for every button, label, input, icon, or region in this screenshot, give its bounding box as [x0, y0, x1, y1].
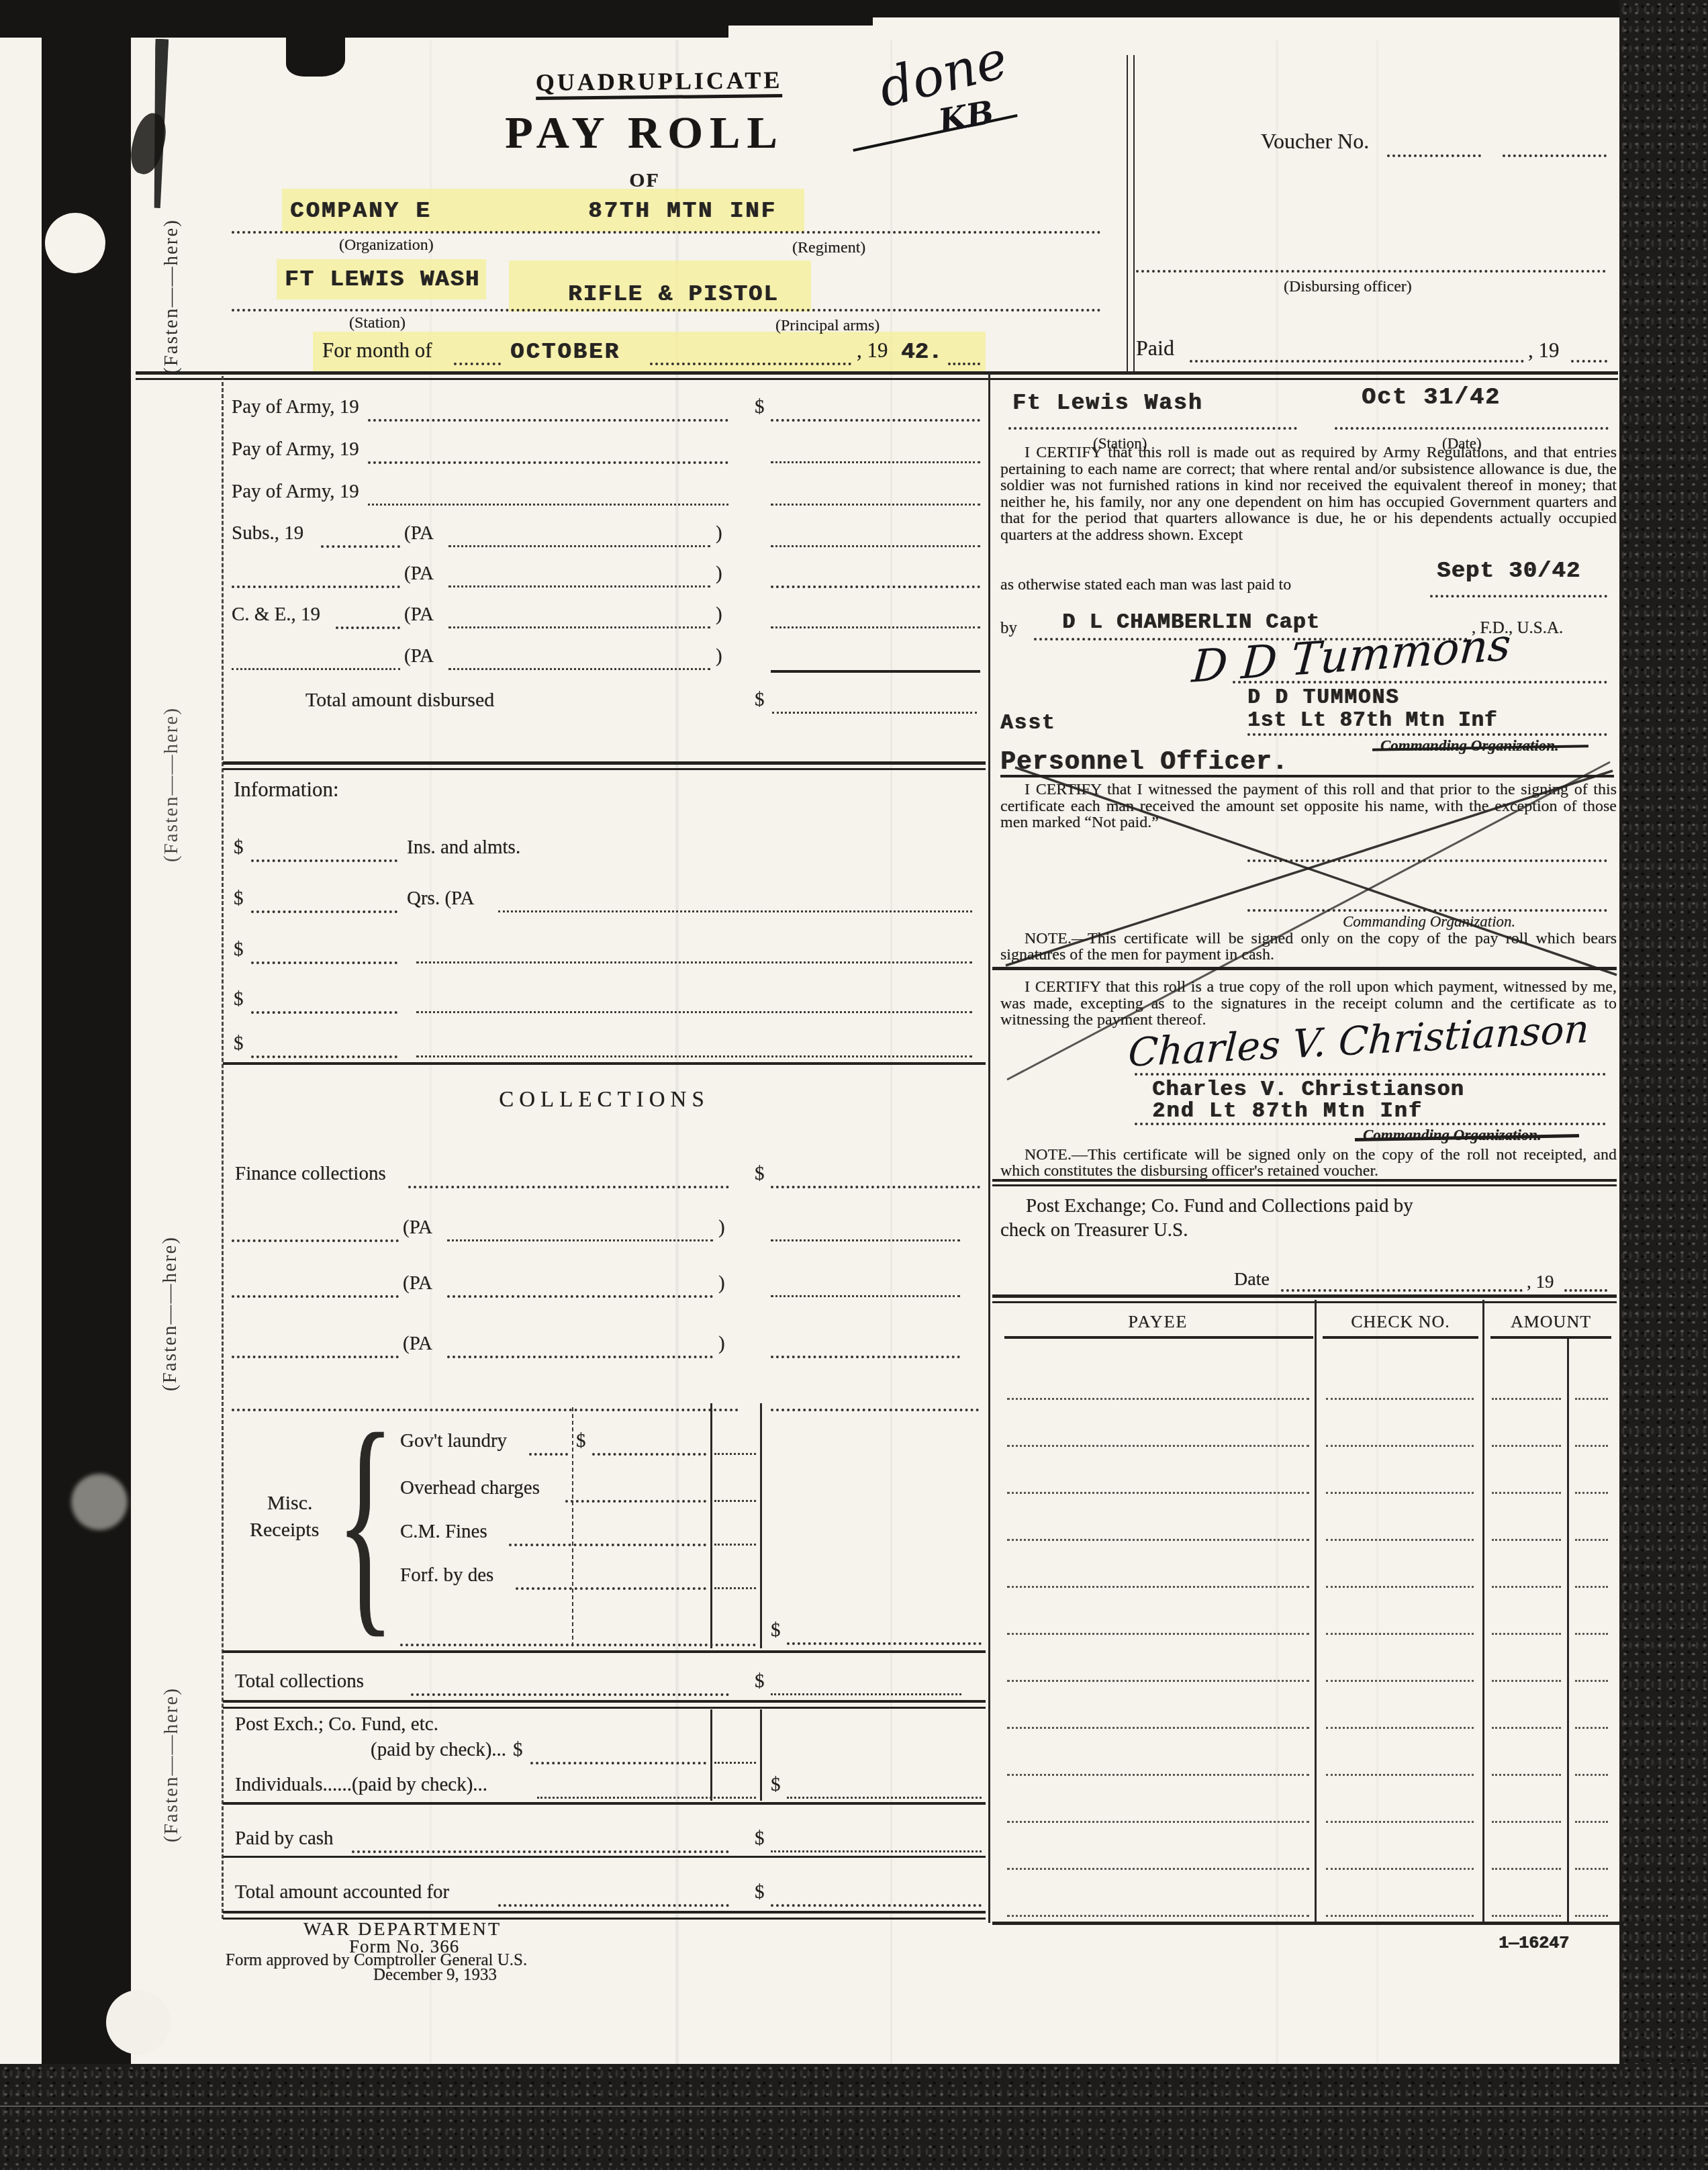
- year-prefix: , 19: [857, 338, 888, 363]
- table-row-leader: [1007, 1398, 1309, 1400]
- dollar-sign: $: [755, 396, 765, 418]
- post-exch-label2: (paid by check)...: [371, 1739, 506, 1761]
- table-header-amount: AMOUNT: [1492, 1312, 1610, 1332]
- leader: [368, 504, 728, 506]
- rule: [771, 670, 980, 673]
- table-row-leader: [1326, 1398, 1474, 1400]
- paid-leader2: [1571, 360, 1607, 363]
- cents-divider: [710, 1403, 712, 1648]
- scan-edge-top-step: [728, 0, 873, 26]
- table-row-leader: [1326, 1633, 1474, 1635]
- leader: [447, 1239, 713, 1241]
- leader: [416, 1055, 972, 1057]
- table-row-leader: [1492, 1868, 1561, 1870]
- table-divider: [1315, 1300, 1317, 1922]
- total-disbursed-label: Total amount disbursed: [305, 689, 494, 712]
- month-value: OCTOBER: [510, 340, 620, 365]
- dollar-sign: $: [755, 1670, 765, 1693]
- leader: [787, 1642, 982, 1645]
- date-line-year: , 19: [1527, 1272, 1554, 1292]
- table-row-leader: [1007, 1868, 1309, 1870]
- leader: [714, 1500, 756, 1502]
- misc-row-label: Gov't laundry: [400, 1430, 507, 1452]
- regiment-label: (Regiment): [792, 239, 865, 257]
- month-label: For month of: [322, 338, 432, 363]
- post-exchange-line1: Post Exchange; Co. Fund and Collections …: [1026, 1195, 1413, 1217]
- pa-open: (PA: [403, 1333, 432, 1355]
- note-voucher: NOTE.—This certificate will be signed on…: [1000, 1147, 1617, 1179]
- table-row-leader: [1007, 1445, 1309, 1447]
- pay-row-label: Pay of Army, 19: [232, 481, 359, 503]
- table-row-leader: [1492, 1633, 1561, 1635]
- table-row-leader: [1575, 1915, 1608, 1917]
- table-row-leader: [1326, 1492, 1474, 1494]
- table-row-leader: [1326, 1821, 1474, 1823]
- subs-row-label: Subs., 19: [232, 522, 303, 545]
- table-row-leader: [1575, 1727, 1608, 1729]
- table-row-leader: [1492, 1492, 1561, 1494]
- pa-close: ): [716, 522, 722, 545]
- voucher-leader: [1387, 154, 1481, 157]
- dollar-sign: $: [234, 837, 244, 859]
- dollar-sign: $: [513, 1739, 523, 1761]
- pay-row-label: Pay of Army, 19: [232, 438, 359, 461]
- leader: [498, 910, 972, 912]
- leader: [565, 1500, 706, 1503]
- dollar-sign: $: [234, 939, 244, 961]
- voucher-leader2: [1503, 154, 1607, 157]
- leader: [251, 1055, 397, 1058]
- punch-hole: [106, 1990, 171, 2055]
- scan-edge-left: [42, 0, 131, 2170]
- certify-roll-paragraph: I CERTIFY that this roll is made out as …: [1000, 444, 1617, 544]
- leader: [714, 1453, 756, 1455]
- date-line-label: Date: [1234, 1269, 1270, 1290]
- information-title: Information:: [234, 777, 339, 802]
- leader: [447, 1356, 713, 1358]
- table-row-leader: [1007, 1586, 1309, 1588]
- table-cents-divider: [1567, 1339, 1569, 1922]
- pa-open: (PA: [404, 645, 434, 667]
- table-row-leader: [1575, 1680, 1608, 1682]
- table-row-leader: [1007, 1492, 1309, 1494]
- asst-typed: Asst: [1000, 712, 1055, 735]
- rule: [136, 371, 1618, 375]
- leader: [1233, 681, 1607, 683]
- pa-close: ): [718, 1272, 725, 1294]
- leader: [714, 1587, 756, 1589]
- last-paid-label: as otherwise stated each man was last pa…: [1000, 576, 1291, 594]
- finance-label: Finance collections: [235, 1163, 386, 1185]
- signature-tummons-typed: D D TUMMONS: [1247, 686, 1400, 710]
- table-row-leader: [1575, 1492, 1608, 1494]
- fasten-here-label: (Fasten——here): [160, 189, 183, 404]
- misc-receipts-label: Misc.: [267, 1492, 313, 1515]
- table-row-leader: [1326, 1445, 1474, 1447]
- rule: [223, 1802, 986, 1805]
- table-row-leader: [1492, 1727, 1561, 1729]
- dollar-sign: $: [755, 1828, 765, 1850]
- table-row-leader: [1326, 1868, 1474, 1870]
- leader: [1135, 1073, 1606, 1076]
- table-row-leader: [1492, 1586, 1561, 1588]
- leader: [1281, 1289, 1523, 1292]
- cents-divider: [710, 1709, 712, 1801]
- rule: [1323, 1336, 1478, 1339]
- leader: [498, 1904, 729, 1907]
- certify-witness-paragraph: I CERTIFY that I witnessed the payment o…: [1000, 782, 1617, 831]
- leader: [448, 585, 710, 587]
- misc-row-label: Overhead charges: [400, 1477, 540, 1499]
- table-row-leader: [1007, 1821, 1309, 1823]
- dollar-sign: $: [755, 1881, 765, 1903]
- leader: [771, 419, 980, 422]
- dollar-sign: $: [755, 1163, 765, 1185]
- dollar-sign: $: [234, 1033, 244, 1055]
- table-row-leader: [1007, 1727, 1309, 1729]
- dollar-sign: $: [234, 988, 244, 1010]
- leader: [1247, 909, 1607, 912]
- rule: [136, 378, 1618, 380]
- leader: [771, 1239, 960, 1241]
- total-collections-label: Total collections: [235, 1670, 364, 1693]
- leader: [771, 1850, 982, 1852]
- leader: [771, 1295, 960, 1297]
- leader: [232, 585, 400, 588]
- table-row-leader: [1492, 1821, 1561, 1823]
- leader: [1135, 1123, 1606, 1125]
- rule: [1000, 775, 1614, 777]
- misc-row-label: C.M. Fines: [400, 1521, 487, 1543]
- paid-leader: [1190, 360, 1524, 363]
- table-row-leader: [1575, 1774, 1608, 1776]
- leader: [448, 668, 710, 670]
- dollar-sign: $: [576, 1430, 586, 1452]
- arms-label: (Principal arms): [775, 317, 880, 335]
- misc-row-label: Forf. by des: [400, 1564, 493, 1587]
- individuals-label: Individuals......(paid by check)...: [235, 1774, 487, 1796]
- leader: [1247, 733, 1607, 736]
- dollar-sign: $: [771, 1774, 781, 1796]
- voucher-label: Voucher No.: [1261, 129, 1369, 154]
- total-accounted-label: Total amount accounted for: [235, 1881, 449, 1903]
- fasten-here-label: (Fasten——here): [159, 1207, 181, 1421]
- column-divider: [988, 373, 990, 1923]
- scan-scratch: [0, 2106, 1708, 2107]
- voucher-divider: [1133, 55, 1135, 372]
- leader: [516, 1587, 706, 1590]
- collections-title: COLLECTIONS: [223, 1088, 986, 1113]
- pa-open: (PA: [404, 563, 434, 585]
- leader: [321, 545, 400, 548]
- voucher-divider: [1127, 55, 1128, 372]
- cents-divider: [760, 1403, 762, 1648]
- table-row-leader: [1492, 1915, 1561, 1917]
- pa-close: ): [718, 1217, 725, 1239]
- table-row-leader: [1492, 1774, 1561, 1776]
- leader: [336, 626, 400, 629]
- copy-stamp: QUADRUPLICATE: [536, 66, 783, 100]
- table-row-leader: [1575, 1445, 1608, 1447]
- table-row-leader: [1492, 1398, 1561, 1400]
- pay-row-label: Pay of Army, 19: [232, 396, 359, 418]
- table-row-leader: [1326, 1539, 1474, 1541]
- leader: [771, 1904, 982, 1907]
- dollar-sign: $: [755, 689, 765, 711]
- rule: [992, 1184, 1617, 1186]
- table-row-leader: [1007, 1774, 1309, 1776]
- table-row-leader: [1575, 1398, 1608, 1400]
- rule: [223, 1707, 986, 1709]
- leader: [771, 461, 980, 463]
- leader: [771, 1693, 961, 1695]
- scan-edge-right: [1619, 0, 1708, 2170]
- table-row-leader: [1492, 1445, 1561, 1447]
- ce-row-label: C. & E., 19: [232, 604, 320, 626]
- pa-close: ): [716, 645, 722, 667]
- leader: [530, 1762, 706, 1764]
- rule: [223, 761, 986, 765]
- table-row-leader: [1492, 1680, 1561, 1682]
- pa-open: (PA: [403, 1217, 432, 1239]
- leader: [771, 504, 980, 506]
- leader: [232, 1409, 739, 1411]
- organization-line: [232, 231, 1101, 234]
- leader: [771, 545, 980, 547]
- form-title-of: OF: [470, 169, 819, 192]
- rule: [223, 1700, 986, 1703]
- leader: [787, 1797, 982, 1799]
- pa-close: ): [716, 604, 722, 626]
- paid-label: Paid: [1136, 336, 1174, 361]
- table-row-leader: [1575, 1868, 1608, 1870]
- leader: [771, 585, 980, 588]
- station-typed: Ft Lewis Wash: [1012, 391, 1202, 416]
- table-row-leader: [1326, 1680, 1474, 1682]
- post-exchange-line2: check on Treasurer U.S.: [1000, 1219, 1188, 1241]
- leader: [251, 859, 397, 862]
- print-code: 1—16247: [1499, 1934, 1569, 1953]
- leader: [592, 1453, 706, 1456]
- leader: [771, 1356, 960, 1358]
- organization-value: COMPANY E: [290, 199, 432, 224]
- leader: [411, 1693, 729, 1696]
- date-typed: Oct 31/42: [1362, 384, 1501, 411]
- rule: [992, 1922, 1619, 1925]
- war-dept-line4: December 9, 1933: [373, 1966, 497, 1985]
- commanding-org-label: Commanding Organization.: [1343, 913, 1515, 931]
- leader: [448, 545, 710, 547]
- by-label: by: [1000, 619, 1017, 638]
- leader: [509, 1544, 706, 1546]
- rule: [992, 1179, 1617, 1182]
- leader: [251, 1011, 397, 1014]
- leader: [1564, 1289, 1607, 1292]
- rule: [223, 1856, 986, 1858]
- misc-receipts-label2: Receipts: [250, 1519, 319, 1542]
- leader: [714, 1544, 756, 1546]
- leader: [529, 1453, 568, 1456]
- leader: [232, 1356, 399, 1358]
- leader: [1430, 595, 1607, 598]
- cents-divider: [760, 1709, 762, 1801]
- scan-blob: [286, 35, 345, 77]
- punch-hole: [45, 213, 105, 273]
- leader: [447, 1295, 713, 1298]
- pa-close: ): [718, 1333, 725, 1355]
- rule: [992, 1301, 1617, 1303]
- leader: [1335, 427, 1609, 430]
- fasten-here-label: (Fasten——here): [160, 677, 183, 892]
- leader: [714, 1762, 756, 1764]
- personnel-officer-typed: Personnel Officer.: [1000, 748, 1288, 777]
- leader: [251, 910, 397, 913]
- misc-brace: {: [336, 1397, 395, 1644]
- station-value: FT LEWIS WASH: [285, 267, 480, 293]
- leader: [771, 1409, 979, 1411]
- punch-hole: [71, 1474, 128, 1530]
- rule: [992, 1294, 1617, 1298]
- disbursing-line: [1136, 270, 1606, 273]
- dollar-sign: $: [771, 1619, 781, 1642]
- pa-open: (PA: [404, 522, 434, 545]
- rank2-typed: 2nd Lt 87th Mtn Inf: [1152, 1098, 1423, 1123]
- dollar-sign: $: [234, 888, 244, 910]
- rule: [1004, 1336, 1313, 1339]
- regiment-value: 87TH MTN INF: [588, 199, 777, 224]
- station-line: [232, 309, 1101, 312]
- organization-label: (Organization): [339, 236, 434, 254]
- left-column-border: [222, 376, 224, 1919]
- leader: [416, 1011, 972, 1013]
- disburser-typed: D L CHAMBERLIN Capt: [1062, 610, 1320, 634]
- leader: [232, 1239, 399, 1242]
- table-row-leader: [1575, 1633, 1608, 1635]
- table-divider: [1482, 1300, 1484, 1922]
- rule: [223, 768, 986, 770]
- table-row-leader: [1492, 1539, 1561, 1541]
- table-row-leader: [1575, 1539, 1608, 1541]
- leader: [1247, 859, 1607, 862]
- note-payroll: NOTE.—This certificate will be signed on…: [1000, 931, 1617, 963]
- table-row-leader: [1326, 1727, 1474, 1729]
- rule: [1490, 1336, 1611, 1339]
- leader: [448, 626, 710, 628]
- leader: [772, 712, 977, 714]
- rule: [223, 1650, 986, 1653]
- month-leader2: [650, 363, 851, 365]
- leader: [232, 668, 400, 670]
- rule: [992, 967, 1617, 970]
- leader: [771, 1186, 980, 1188]
- table-row-leader: [1326, 1586, 1474, 1588]
- leader: [408, 1186, 729, 1188]
- table-row-leader: [1575, 1821, 1608, 1823]
- leader: [416, 961, 972, 963]
- table-header-payee: PAYEE: [1007, 1312, 1309, 1332]
- last-paid-typed: Sept 30/42: [1437, 559, 1580, 584]
- scanned-payroll-form: QUADRUPLICATE done KB PAY ROLL OF COMPAN…: [0, 0, 1708, 2170]
- station-label: (Station): [349, 314, 406, 332]
- post-exch-label: Post Exch.; Co. Fund, etc.: [235, 1713, 438, 1736]
- leader: [537, 1797, 756, 1799]
- rule: [223, 1911, 986, 1914]
- disbursing-label: (Disbursing officer): [1284, 278, 1412, 296]
- rule: [223, 1062, 986, 1065]
- table-row-leader: [1007, 1915, 1309, 1917]
- leader: [251, 961, 397, 964]
- ins-label: Ins. and almts.: [407, 837, 520, 859]
- form-title: PAY ROLL: [470, 106, 819, 159]
- leader: [771, 626, 980, 628]
- pa-open: (PA: [404, 604, 434, 626]
- table-header-check: CHECK NO.: [1324, 1312, 1477, 1332]
- leader: [368, 461, 728, 464]
- leader: [1008, 427, 1297, 430]
- leader: [400, 1644, 756, 1646]
- year-value: 42.: [901, 340, 942, 365]
- rank-typed: 1st Lt 87th Mtn Inf: [1247, 709, 1497, 733]
- qrs-label: Qrs. (PA: [407, 888, 474, 910]
- table-row-leader: [1007, 1633, 1309, 1635]
- paid-by-cash-label: Paid by cash: [235, 1828, 334, 1850]
- pa-close: ): [716, 563, 722, 585]
- table-row-leader: [1326, 1915, 1474, 1917]
- leader: [232, 1295, 399, 1298]
- scan-edge-bottom: [0, 2064, 1708, 2170]
- table-row-leader: [1007, 1539, 1309, 1541]
- leader: [368, 419, 728, 422]
- cents-divider-dashed: [572, 1407, 573, 1646]
- fasten-here-label: (Fasten——here): [160, 1658, 183, 1873]
- arms-value: RIFLE & PISTOL: [568, 282, 779, 308]
- leader: [352, 1850, 729, 1853]
- table-row-leader: [1575, 1586, 1608, 1588]
- table-row-leader: [1007, 1680, 1309, 1682]
- paid-year: , 19: [1528, 338, 1560, 363]
- year-leader: [948, 363, 980, 365]
- pa-open: (PA: [403, 1272, 432, 1294]
- table-row-leader: [1326, 1774, 1474, 1776]
- month-leader: [454, 363, 501, 365]
